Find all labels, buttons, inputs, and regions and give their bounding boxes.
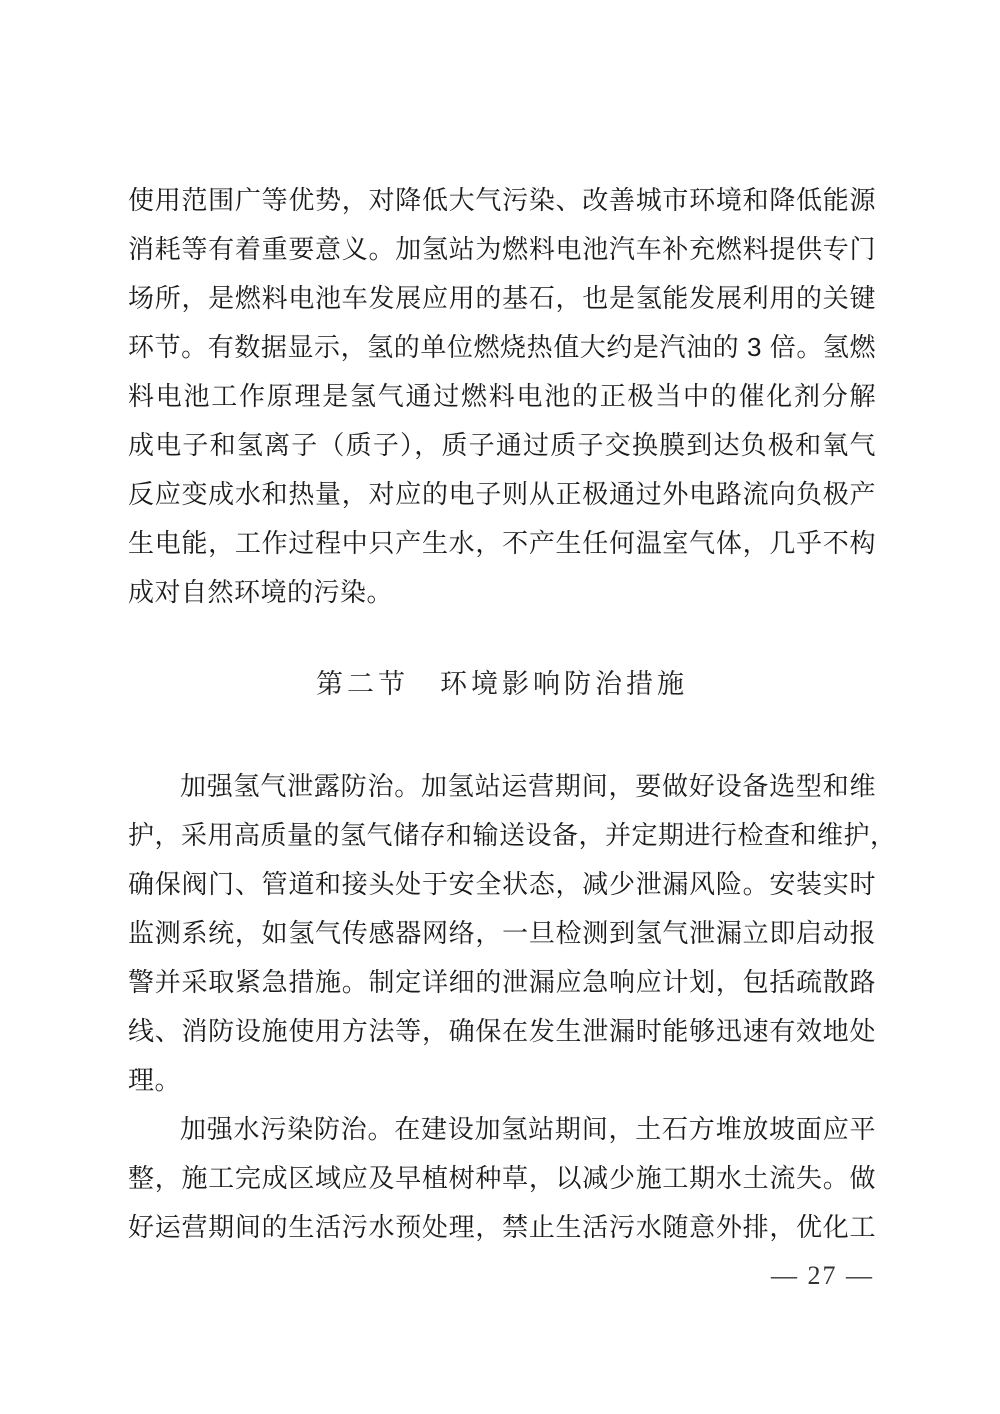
section-heading: 第二节 环境影响防治措施 <box>128 660 876 709</box>
body-line: 消耗等有着重要意义。加氢站为燃料电池汽车补充燃料提供专门 <box>128 225 876 274</box>
paragraph-water-pollution: 加强水污染防治。在建设加氢站期间，土石方堆放坡面应平 整，施工完成区域应及早植树… <box>128 1105 876 1252</box>
body-line: 理。 <box>128 1056 876 1105</box>
body-line: 成对自然环境的污染。 <box>128 568 876 617</box>
body-line: 线、消防设施使用方法等，确保在发生泄漏时能够迅速有效地处 <box>128 1007 876 1056</box>
body-line: 监测系统，如氢气传感器网络，一旦检测到氢气泄漏立即启动报 <box>128 909 876 958</box>
page-footer: — 27 — <box>128 1261 876 1291</box>
body-line: 反应变成水和热量，对应的电子则从正极通过外电路流向负极产 <box>128 470 876 519</box>
paragraph-leak-prevention: 加强氢气泄露防治。加氢站运营期间，要做好设备选型和维 护，采用高质量的氢气储存和… <box>128 762 876 1105</box>
page-number: — 27 — <box>771 1261 874 1290</box>
paragraph-intro: 使用范围广等优势，对降低大气污染、改善城市环境和降低能源 消耗等有着重要意义。加… <box>128 176 876 617</box>
body-line: 警并采取紧急措施。制定详细的泄漏应急响应计划，包括疏散路 <box>128 958 876 1007</box>
body-line: 好运营期间的生活污水预处理，禁止生活污水随意外排，优化工 <box>128 1203 876 1252</box>
text-block: 使用范围广等优势，对降低大气污染、改善城市环境和降低能源 消耗等有着重要意义。加… <box>128 176 876 1291</box>
document-page: 使用范围广等优势，对降低大气污染、改善城市环境和降低能源 消耗等有着重要意义。加… <box>0 0 1000 1414</box>
body-line: 加强氢气泄露防治。加氢站运营期间，要做好设备选型和维 <box>128 762 876 811</box>
body-line: 整，施工完成区域应及早植树种草，以减少施工期水土流失。做 <box>128 1154 876 1203</box>
body-line: 环节。有数据显示，氢的单位燃烧热值大约是汽油的 3 倍。氢燃 <box>128 323 876 372</box>
body-line: 料电池工作原理是氢气通过燃料电池的正极当中的催化剂分解 <box>128 372 876 421</box>
body-line: 生电能，工作过程中只产生水，不产生任何温室气体，几乎不构 <box>128 519 876 568</box>
body-line: 成电子和氢离子（质子），质子通过质子交换膜到达负极和氧气 <box>128 421 876 470</box>
body-line: 场所，是燃料电池车发展应用的基石，也是氢能发展利用的关键 <box>128 274 876 323</box>
body-line: 加强水污染防治。在建设加氢站期间，土石方堆放坡面应平 <box>128 1105 876 1154</box>
body-line: 确保阀门、管道和接头处于安全状态，减少泄漏风险。安装实时 <box>128 860 876 909</box>
body-line: 使用范围广等优势，对降低大气污染、改善城市环境和降低能源 <box>128 176 876 225</box>
body-line: 护，采用高质量的氢气储存和输送设备，并定期进行检查和维护， <box>128 811 876 860</box>
